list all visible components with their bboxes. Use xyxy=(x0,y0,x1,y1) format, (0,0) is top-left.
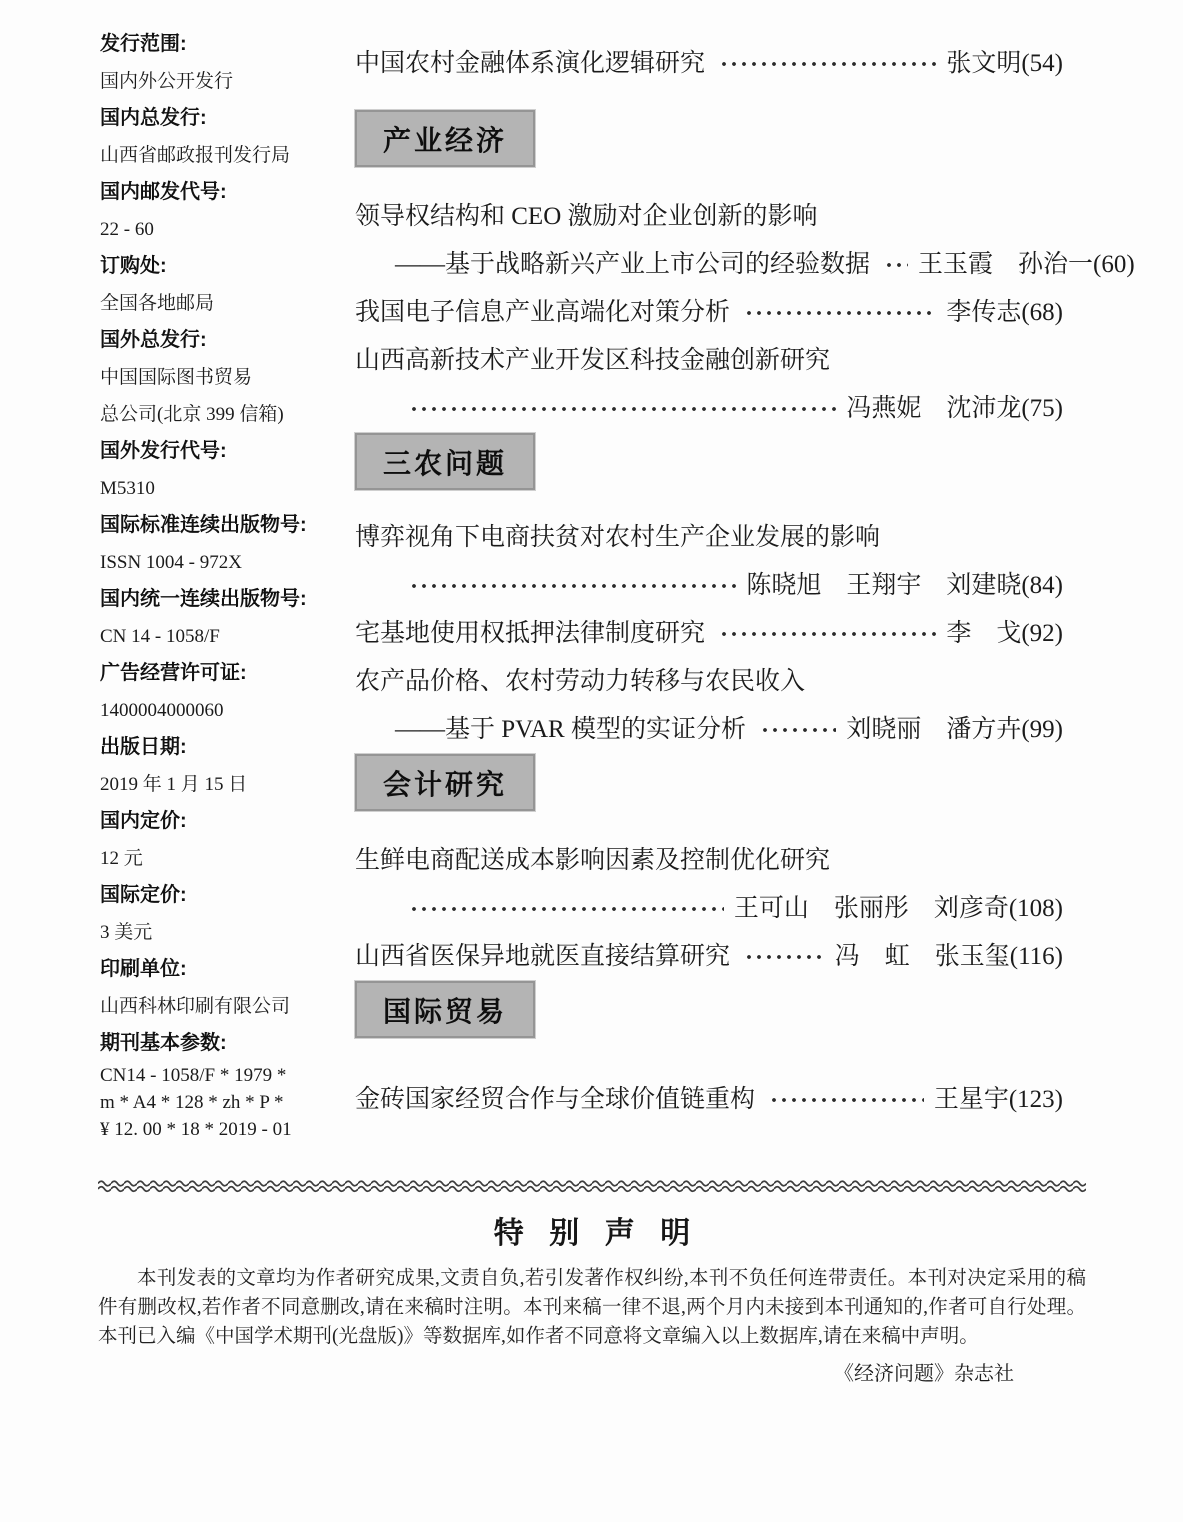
sidebar-label: 国内邮发代号: xyxy=(100,174,356,211)
sidebar-value: 3 美元 xyxy=(100,914,356,951)
sidebar-label: 出版日期: xyxy=(100,729,356,766)
section-header: 产业经济 xyxy=(355,110,535,167)
sidebar-value: 2019 年 1 月 15 日 xyxy=(100,766,356,803)
entry-authors: 冯 虹 张玉玺 xyxy=(835,933,1010,981)
entry-page: (116) xyxy=(1010,933,1063,981)
entry-title: 领导权结构和 CEO 激励对企业创新的影响 xyxy=(355,193,818,241)
publication-info-sidebar: 发行范围: 国内外公开发行 国内总发行: 山西省邮政报刊发行局 国内邮发代号: … xyxy=(100,26,356,1143)
declaration-title: 特别声明 xyxy=(98,1208,1086,1252)
entry-page: (68) xyxy=(1021,289,1063,337)
declaration-signature: 《经济问题》杂志社 xyxy=(98,1357,1086,1386)
sidebar-value: m * A4 * 128 * zh * P * xyxy=(100,1089,356,1116)
entry-title: 中国农村金融体系演化逻辑研究 xyxy=(355,40,705,88)
dot-leader xyxy=(882,254,908,276)
toc-entry: 农产品价格、农村劳动力转移与农民收入 ——基于 PVAR 模型的实证分析 刘晓丽… xyxy=(355,658,1063,754)
sidebar-value: ISSN 1004 - 972X xyxy=(100,544,356,581)
toc-entry: 山西高新技术产业开发区科技金融创新研究 冯燕妮 沈沛龙(75) xyxy=(355,337,1063,433)
entry-title: 我国电子信息产业高端化对策分析 xyxy=(355,289,730,337)
entry-page: (60) xyxy=(1093,241,1135,289)
declaration-body: 本刊发表的文章均为作者研究成果,文责自负,若引发著作权纠纷,本刊不负任何连带责任… xyxy=(98,1264,1086,1351)
toc-main-column: 中国农村金融体系演化逻辑研究 张文明(54) 产业经济 领导权结构和 CEO 激… xyxy=(355,40,1063,1124)
entry-title: 山西省医保异地就医直接结算研究 xyxy=(355,933,730,981)
sidebar-label: 广告经营许可证: xyxy=(100,655,356,692)
sidebar-label: 期刊基本参数: xyxy=(100,1025,356,1062)
sidebar-label: 国外总发行: xyxy=(100,322,356,359)
sidebar-value: ¥ 12. 00 * 18 * 2019 - 01 xyxy=(100,1116,356,1143)
sidebar-value: CN 14 - 1058/F xyxy=(100,618,356,655)
sidebar-value: 国内外公开发行 xyxy=(100,63,356,100)
sidebar-value: CN14 - 1058/F * 1979 * xyxy=(100,1062,356,1089)
sidebar-value: 全国各地邮局 xyxy=(100,285,356,322)
special-declaration: 特别声明 本刊发表的文章均为作者研究成果,文责自负,若引发著作权纠纷,本刊不负任… xyxy=(98,1178,1086,1386)
section-label: 国际贸易 xyxy=(383,990,507,1030)
sidebar-value: 中国国际图书贸易 xyxy=(100,359,356,396)
sidebar-value: 总公司(北京 399 信箱) xyxy=(100,396,356,433)
entry-authors: 王玉霞 孙治一 xyxy=(918,241,1093,289)
dot-leader xyxy=(742,946,825,968)
sidebar-label: 印刷单位: xyxy=(100,951,356,988)
entry-authors: 刘晓丽 潘方卉 xyxy=(846,706,1021,754)
entry-authors: 冯燕妮 沈沛龙 xyxy=(846,385,1021,433)
entry-page: (108) xyxy=(1009,885,1063,933)
sidebar-value: 山西省邮政报刊发行局 xyxy=(100,137,356,174)
sidebar-label: 国内统一连续出版物号: xyxy=(100,581,356,618)
section-label: 会计研究 xyxy=(383,763,507,803)
wavy-divider xyxy=(98,1178,1086,1196)
entry-authors: 王可山 张丽彤 刘彦奇 xyxy=(734,885,1009,933)
toc-entry: 中国农村金融体系演化逻辑研究 张文明(54) xyxy=(355,40,1063,88)
section-label: 产业经济 xyxy=(383,119,507,159)
sidebar-value: 1400004000060 xyxy=(100,692,356,729)
sidebar-label: 国内总发行: xyxy=(100,100,356,137)
entry-authors: 李传志 xyxy=(946,289,1021,337)
entry-title: 金砖国家经贸合作与全球价值链重构 xyxy=(355,1076,755,1124)
section-header: 三农问题 xyxy=(355,433,535,490)
toc-entry: 山西省医保异地就医直接结算研究 冯 虹 张玉玺(116) xyxy=(355,933,1063,981)
sidebar-label: 订购处: xyxy=(100,248,356,285)
sidebar-label: 发行范围: xyxy=(100,26,356,63)
entry-title: 农产品价格、农村劳动力转移与农民收入 xyxy=(355,658,805,706)
dot-leader xyxy=(407,398,836,420)
entry-page: (92) xyxy=(1021,610,1063,658)
dot-leader xyxy=(407,898,724,920)
dot-leader xyxy=(767,1089,924,1111)
section-header: 会计研究 xyxy=(355,754,535,811)
journal-toc-page: 发行范围: 国内外公开发行 国内总发行: 山西省邮政报刊发行局 国内邮发代号: … xyxy=(0,0,1183,1522)
entry-authors: 李 戈 xyxy=(946,610,1021,658)
toc-entry: 金砖国家经贸合作与全球价值链重构 王星宇(123) xyxy=(355,1076,1063,1124)
sidebar-value: M5310 xyxy=(100,470,356,507)
toc-entry: 博弈视角下电商扶贫对农村生产企业发展的影响 陈晓旭 王翔宇 刘建晓(84) xyxy=(355,514,1063,610)
entry-title: 宅基地使用权抵押法律制度研究 xyxy=(355,610,705,658)
dot-leader xyxy=(742,302,936,324)
entry-page: (84) xyxy=(1021,562,1063,610)
entry-page: (75) xyxy=(1021,385,1063,433)
entry-page: (123) xyxy=(1009,1076,1063,1124)
sidebar-value: 12 元 xyxy=(100,840,356,877)
entry-subtitle: ——基于战略新兴产业上市公司的经验数据 xyxy=(395,241,870,289)
entry-subtitle: ——基于 PVAR 模型的实证分析 xyxy=(395,706,746,754)
toc-entry: 宅基地使用权抵押法律制度研究 李 戈(92) xyxy=(355,610,1063,658)
section-label: 三农问题 xyxy=(383,442,507,482)
entry-title: 博弈视角下电商扶贫对农村生产企业发展的影响 xyxy=(355,514,880,562)
entry-page: (99) xyxy=(1021,706,1063,754)
dot-leader xyxy=(758,719,836,741)
sidebar-label: 国外发行代号: xyxy=(100,433,356,470)
sidebar-label: 国际定价: xyxy=(100,877,356,914)
sidebar-value: 22 - 60 xyxy=(100,211,356,248)
entry-title: 生鲜电商配送成本影响因素及控制优化研究 xyxy=(355,837,830,885)
dot-leader xyxy=(717,53,936,75)
sidebar-label: 国内定价: xyxy=(100,803,356,840)
sidebar-value: 山西科林印刷有限公司 xyxy=(100,988,356,1025)
entry-authors: 王星宇 xyxy=(934,1076,1009,1124)
dot-leader xyxy=(407,575,736,597)
toc-entry: 领导权结构和 CEO 激励对企业创新的影响 ——基于战略新兴产业上市公司的经验数… xyxy=(355,193,1063,289)
entry-authors: 陈晓旭 王翔宇 刘建晓 xyxy=(746,562,1021,610)
toc-entry: 我国电子信息产业高端化对策分析 李传志(68) xyxy=(355,289,1063,337)
sidebar-label: 国际标准连续出版物号: xyxy=(100,507,356,544)
entry-page: (54) xyxy=(1021,40,1063,88)
entry-title: 山西高新技术产业开发区科技金融创新研究 xyxy=(355,337,830,385)
toc-entry: 生鲜电商配送成本影响因素及控制优化研究 王可山 张丽彤 刘彦奇(108) xyxy=(355,837,1063,933)
dot-leader xyxy=(717,623,936,645)
section-header: 国际贸易 xyxy=(355,981,535,1038)
entry-authors: 张文明 xyxy=(946,40,1021,88)
